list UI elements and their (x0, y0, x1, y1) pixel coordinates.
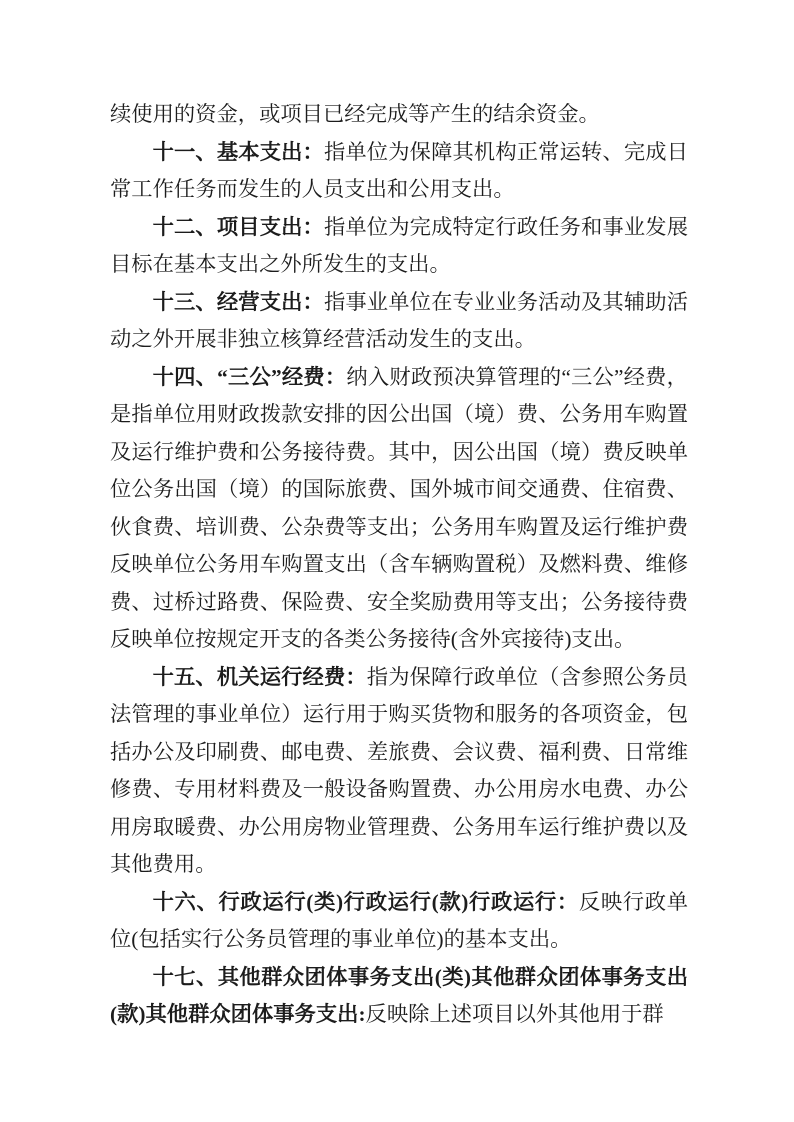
document-page: 续使用的资金，或项目已经完成等产生的结余资金。 十一、基本支出：指单位为保障其机… (0, 0, 794, 1122)
paragraph-item-17-other-mass-organization-affairs: 十七、其他群众团体事务支出(类)其他群众团体事务支出(款)其他群众团体事务支出:… (110, 959, 688, 1034)
paragraph-continuation: 续使用的资金，或项目已经完成等产生的结余资金。 (110, 96, 688, 134)
paragraph-item-14-three-public-funds: 十四、“三公”经费：纳入财政预决算管理的“三公”经费，是指单位用财政拨款安排的因… (110, 359, 688, 659)
paragraph-term-label: 十四、“三公”经费： (153, 365, 347, 389)
paragraph-item-11-basic-expenditure: 十一、基本支出：指单位为保障其机构正常运转、完成日常工作任务而发生的人员支出和公… (110, 134, 688, 209)
paragraph-term-label: 十五、机关运行经费： (153, 665, 367, 689)
paragraph-text: 纳入财政预决算管理的“三公”经费，是指单位用财政拨款安排的因公出国（境）费、公务… (110, 365, 688, 652)
paragraph-item-15-agency-operating-funds: 十五、机关运行经费：指为保障行政单位（含参照公务员法管理的事业单位）运行用于购买… (110, 659, 688, 884)
paragraph-text: 反映除上述项目以外其他用于群 (366, 1002, 664, 1026)
paragraph-term-label: 十二、项目支出： (153, 215, 324, 239)
document-body: 续使用的资金，或项目已经完成等产生的结余资金。 十一、基本支出：指单位为保障其机… (110, 96, 688, 1034)
paragraph-item-16-administrative-operation: 十六、行政运行(类)行政运行(款)行政运行：反映行政单位(包括实行公务员管理的事… (110, 884, 688, 959)
paragraph-item-12-project-expenditure: 十二、项目支出：指单位为完成特定行政任务和事业发展目标在基本支出之外所发生的支出… (110, 209, 688, 284)
paragraph-term-label: 十一、基本支出： (153, 140, 324, 164)
paragraph-text: 指为保障行政单位（含参照公务员法管理的事业单位）运行用于购买货物和服务的各项资金… (110, 665, 688, 877)
paragraph-text: 续使用的资金，或项目已经完成等产生的结余资金。 (110, 102, 600, 126)
paragraph-item-13-operating-expenditure: 十三、经营支出：指事业单位在专业业务活动及其辅助活动之外开展非独立核算经营活动发… (110, 284, 688, 359)
paragraph-term-label: 十六、行政运行(类)行政运行(款)行政运行： (153, 890, 579, 914)
paragraph-term-label: 十三、经营支出： (153, 290, 324, 314)
